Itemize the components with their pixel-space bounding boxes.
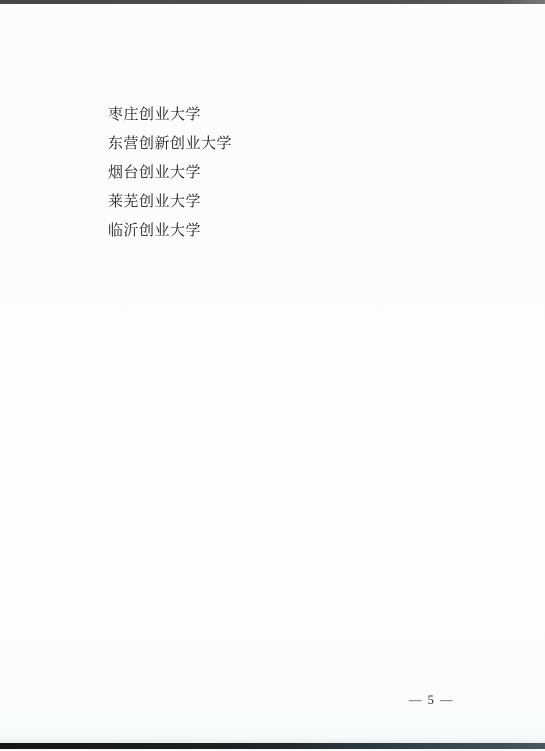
list-item: 东营创新创业大学 xyxy=(108,130,232,159)
list-item: 莱芜创业大学 xyxy=(108,188,232,217)
list-item: 枣庄创业大学 xyxy=(108,101,232,130)
list-item: 烟台创业大学 xyxy=(108,159,232,188)
university-list: 枣庄创业大学 东营创新创业大学 烟台创业大学 莱芜创业大学 临沂创业大学 xyxy=(108,101,232,246)
page-number: — 5 — xyxy=(409,693,454,708)
scan-edge-top xyxy=(0,0,545,4)
list-item: 临沂创业大学 xyxy=(108,217,232,246)
scan-edge-bottom xyxy=(0,743,545,749)
document-page: 枣庄创业大学 东营创新创业大学 烟台创业大学 莱芜创业大学 临沂创业大学 — 5… xyxy=(0,0,545,751)
